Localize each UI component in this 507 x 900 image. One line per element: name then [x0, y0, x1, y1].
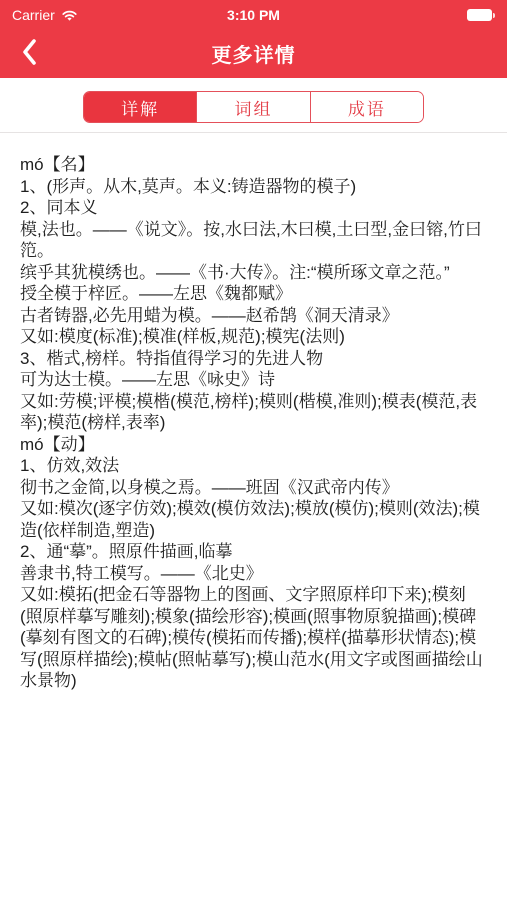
definition-paragraph: 2、同本义	[20, 197, 487, 219]
definition-paragraph: 模,法也。——《说文》。按,水曰法,木曰模,土曰型,金曰镕,竹曰笵。	[20, 219, 487, 262]
segmented-control: 详解词组成语	[83, 91, 424, 123]
tabs-container: 详解词组成语	[0, 78, 507, 132]
definition-paragraph: 可为达士模。——左思《咏史》诗	[20, 369, 487, 391]
definition-paragraph: 又如:劳模;评模;模楷(模范,榜样);模则(楷模,准则);模表(模范,表率);模…	[20, 391, 487, 434]
wifi-icon	[61, 9, 78, 22]
clock: 3:10 PM	[173, 7, 334, 23]
definition-paragraph: 彻书之金简,以身模之焉。——班固《汉武帝内传》	[20, 477, 487, 499]
definition-content: mó【名】1、(形声。从木,莫声。本义:铸造器物的模子)2、同本义模,法也。——…	[0, 133, 507, 692]
definition-paragraph: 授全模于梓匠。——左思《魏都赋》	[20, 283, 487, 305]
app-screen: Carrier 3:10 PM	[0, 0, 507, 900]
page-title: 更多详情	[212, 39, 296, 68]
definition-paragraph: 又如:模次(逐字仿效);模效(模仿效法);模放(模仿);模则(效法);模造(依样…	[20, 498, 487, 541]
status-bar: Carrier 3:10 PM	[0, 0, 507, 28]
definition-paragraph: 又如:模拓(把金石等器物上的图画、文字照原样印下来);模刻(照原样摹写雕刻);模…	[20, 584, 487, 692]
status-bar-right	[334, 9, 495, 21]
carrier-label: Carrier	[12, 7, 55, 23]
nav-bar: 更多详情	[0, 28, 507, 78]
definition-paragraph: 3、楷式,榜样。特指值得学习的先进人物	[20, 348, 487, 370]
definition-paragraph: 1、(形声。从木,莫声。本义:铸造器物的模子)	[20, 176, 487, 198]
definition-paragraph: 1、仿效,效法	[20, 455, 487, 477]
definition-paragraph: mó【动】	[20, 434, 487, 456]
top-red-block: Carrier 3:10 PM	[0, 0, 507, 78]
back-button[interactable]	[12, 36, 46, 70]
tab-detail[interactable]: 详解	[84, 92, 196, 122]
definition-paragraph: 缤乎其犹模绣也。——《书·大传》。注:“模所琢文章之范。”	[20, 262, 487, 284]
definition-paragraph: 2、通“摹”。照原件描画,临摹	[20, 541, 487, 563]
definition-paragraph: mó【名】	[20, 154, 487, 176]
definition-paragraph: 善隶书,特工模写。——《北史》	[20, 563, 487, 585]
definition-paragraph: 古者铸器,必先用蜡为模。——赵希鹄《洞天清录》	[20, 305, 487, 327]
tab-phrases[interactable]: 词组	[196, 92, 309, 122]
definition-paragraph: 又如:模度(标准);模准(样板,规范);模宪(法则)	[20, 326, 487, 348]
battery-icon	[467, 9, 492, 21]
chevron-left-icon	[22, 39, 37, 68]
status-bar-left: Carrier	[12, 7, 173, 23]
tab-idioms[interactable]: 成语	[310, 92, 423, 122]
